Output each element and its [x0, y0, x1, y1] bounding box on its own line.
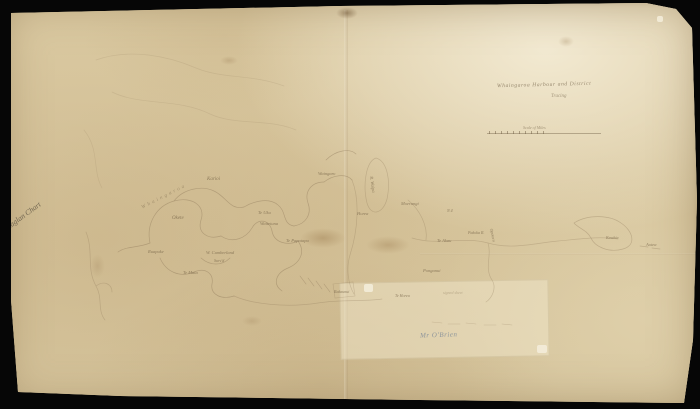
scale-label: Scale of Miles	[523, 125, 546, 130]
map-subtitle: Tracing	[551, 94, 567, 99]
scale-bar-ticks	[489, 131, 547, 134]
map-place-label: Surv'd	[214, 258, 224, 263]
rivers-and-hills	[86, 158, 618, 320]
map-place-label: signed sheet	[443, 290, 463, 295]
map-place-label: Te Papatapu	[286, 238, 309, 243]
map-place-label: Okete	[172, 216, 184, 221]
map-place-label: Moerangi	[401, 201, 419, 206]
map-place-label: Karioi	[207, 177, 220, 182]
map-place-label: Ruapuke	[148, 249, 164, 254]
photograph-of-map: WhaingaroaKarioiOketeRuapukeTe MataW. Cu…	[0, 0, 700, 409]
map-place-label: Rakaunui	[334, 289, 349, 294]
map-place-label: Waitetuna	[260, 221, 278, 226]
map-place-label: Aotea	[646, 242, 657, 247]
patch-boundary-marks	[333, 282, 512, 325]
slope-hachures	[300, 276, 330, 292]
blue-ink-annotation: Mr O'Brien	[420, 330, 458, 339]
map-place-label: Te Mata	[183, 270, 198, 275]
map-place-label: Horea	[357, 211, 368, 216]
map-paper-sheet: WhaingaroaKarioiOketeRuapukeTe MataW. Cu…	[0, 0, 700, 409]
map-place-label: N 4	[447, 208, 453, 213]
map-place-label: Te Horea	[395, 293, 410, 298]
scale-bar	[487, 131, 601, 134]
accession-number: 832.18	[10, 352, 15, 372]
map-place-label: Te Akau	[437, 238, 451, 243]
map-place-label: Waingaro	[318, 171, 335, 176]
map-place-label: Ponganui	[423, 268, 441, 273]
map-place-label: W. Cumberland	[206, 250, 234, 255]
terrain-sketch-upper-left	[84, 54, 296, 188]
map-place-label: Pakoka R.	[468, 230, 484, 235]
pencil-map-drawing	[0, 0, 700, 409]
map-place-label: Kawhia	[606, 235, 618, 240]
map-place-label: Te Uku	[258, 210, 271, 215]
